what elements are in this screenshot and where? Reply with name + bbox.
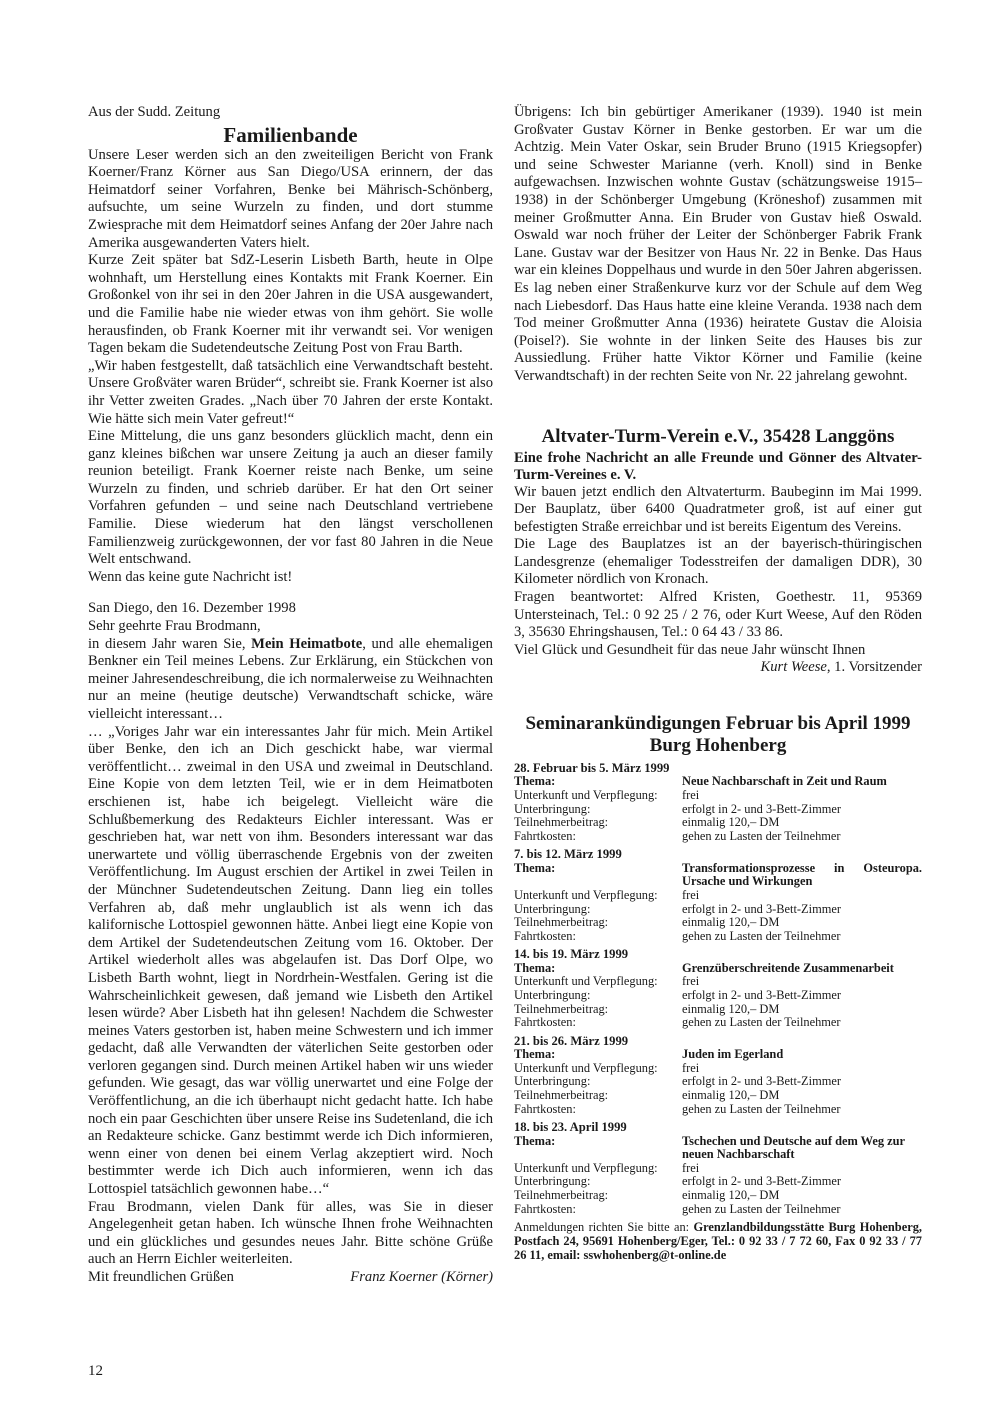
text-run: in diesem Jahr waren Sie,: [88, 636, 251, 652]
label-fahrt: Fahrtkosten:: [514, 1103, 682, 1117]
label-fahrt: Fahrtkosten:: [514, 830, 682, 844]
value-unterbringung: erfolgt in 2- und 3-Bett-Zimmer: [682, 803, 922, 817]
left-column: Aus der Sudd. Zeitung Familienbande Unse…: [88, 104, 493, 1287]
label-thema: Thema:: [514, 1135, 682, 1162]
seminar-topic: Tschechen und Deutsche auf dem Weg zur n…: [682, 1135, 922, 1162]
seminar-registration: Anmeldungen richten Sie bitte an: Grenzl…: [514, 1220, 922, 1262]
signer-name: Kurt Weese: [761, 659, 827, 675]
value-unterbringung: erfolgt in 2- und 3-Bett-Zimmer: [682, 1175, 922, 1189]
seminar-entry: 7. bis 12. März 1999 Thema:Transformatio…: [514, 847, 922, 943]
value-beitrag: einmalig 120,– DM: [682, 816, 922, 830]
value-fahrt: gehen zu Lasten der Teilnehmer: [682, 930, 922, 944]
value-beitrag: einmalig 120,– DM: [682, 916, 922, 930]
letter-paragraph: in diesem Jahr waren Sie, Mein Heimatbot…: [88, 636, 493, 724]
altvater-signature: Kurt Weese, 1. Vorsitzender: [514, 659, 922, 677]
right-column: Übrigens: Ich bin gebürtiger Amerikaner …: [514, 104, 922, 1274]
label-thema: Thema:: [514, 862, 682, 889]
label-unterkunft: Unterkunft und Verpflegung:: [514, 1162, 682, 1176]
value-fahrt: gehen zu Lasten der Teilnehmer: [682, 830, 922, 844]
label-beitrag: Teilnehmerbeitrag:: [514, 1003, 682, 1017]
value-beitrag: einmalig 120,– DM: [682, 1089, 922, 1103]
signer-role: , 1. Vorsitzender: [827, 659, 922, 675]
value-unterkunft: frei: [682, 1162, 922, 1176]
letter-author: Franz Koerner (Körner): [350, 1269, 493, 1287]
label-thema: Thema:: [514, 775, 682, 789]
label-unterbringung: Unterbringung:: [514, 1175, 682, 1189]
page-number: 12: [88, 1363, 103, 1380]
seminar-topic: Juden im Egerland: [682, 1048, 922, 1062]
altvater-title: Altvater-Turm-Verein e.V., 35428 Langgön…: [514, 426, 922, 448]
seminar-date: 7. bis 12. März 1999: [514, 847, 922, 861]
seminar-entry: 21. bis 26. März 1999 Thema:Juden im Ege…: [514, 1034, 922, 1116]
label-thema: Thema:: [514, 1048, 682, 1062]
seminar-entry: 28. Februar bis 5. März 1999 Thema:Neue …: [514, 761, 922, 843]
seminar-entry: 18. bis 23. April 1999 Thema:Tschechen u…: [514, 1120, 922, 1216]
label-unterkunft: Unterkunft und Verpflegung:: [514, 889, 682, 903]
label-beitrag: Teilnehmerbeitrag:: [514, 1089, 682, 1103]
seminar-date: 28. Februar bis 5. März 1999: [514, 761, 922, 775]
value-unterbringung: erfolgt in 2- und 3-Bett-Zimmer: [682, 1075, 922, 1089]
letter-signature: Mit freundlichen Grüßen Franz Koerner (K…: [88, 1269, 493, 1287]
letter-place-date: San Diego, den 16. Dezember 1998: [88, 600, 493, 618]
publication-name: Mein Heimatbote: [251, 636, 362, 652]
letter-salutation: Sehr geehrte Frau Brodmann,: [88, 618, 493, 636]
label-fahrt: Fahrtkosten:: [514, 1016, 682, 1030]
value-beitrag: einmalig 120,– DM: [682, 1189, 922, 1203]
altvater-paragraph: Viel Glück und Gesundheit für das neue J…: [514, 642, 922, 660]
article-paragraph: Kurze Zeit später bat SdZ-Leserin Lisbet…: [88, 252, 493, 358]
article-paragraph: Wenn das keine gute Nachricht ist!: [88, 569, 493, 587]
label-beitrag: Teilnehmerbeitrag:: [514, 916, 682, 930]
label-unterkunft: Unterkunft und Verpflegung:: [514, 1062, 682, 1076]
seminar-date: 14. bis 19. März 1999: [514, 947, 922, 961]
value-unterkunft: frei: [682, 789, 922, 803]
value-beitrag: einmalig 120,– DM: [682, 1003, 922, 1017]
label-fahrt: Fahrtkosten:: [514, 1203, 682, 1217]
altvater-paragraph: Die Lage des Bauplatzes ist an der bayer…: [514, 536, 922, 589]
value-fahrt: gehen zu Lasten der Teilnehmer: [682, 1103, 922, 1117]
seminar-entry: 14. bis 19. März 1999 Thema:Grenzübersch…: [514, 947, 922, 1029]
letter-paragraph: Frau Brodmann, vielen Dank für alles, wa…: [88, 1199, 493, 1269]
value-fahrt: gehen zu Lasten der Teilnehmer: [682, 1203, 922, 1217]
seminar-date: 18. bis 23. April 1999: [514, 1120, 922, 1134]
label-unterbringung: Unterbringung:: [514, 903, 682, 917]
letter-continued: Übrigens: Ich bin gebürtiger Amerikaner …: [514, 104, 922, 386]
article-paragraph: Eine Mittelung, die uns ganz besonders g…: [88, 428, 493, 569]
registration-intro: Anmeldungen richten Sie bitte an:: [514, 1220, 694, 1234]
label-unterbringung: Unterbringung:: [514, 1075, 682, 1089]
article-paragraph: Unsere Leser werden sich an den zweiteil…: [88, 147, 493, 253]
altvater-subtitle: Eine frohe Nachricht an alle Freunde und…: [514, 450, 922, 484]
label-beitrag: Teilnehmerbeitrag:: [514, 1189, 682, 1203]
label-fahrt: Fahrtkosten:: [514, 930, 682, 944]
article-title: Familienbande: [88, 124, 493, 146]
article-paragraph: „Wir haben festgestellt, daß tatsächlich…: [88, 358, 493, 428]
letter-paragraph: … „Voriges Jahr war ein interessantes Ja…: [88, 724, 493, 1199]
label-unterkunft: Unterkunft und Verpflegung:: [514, 975, 682, 989]
seminar-topic: Grenzüberschreitende Zusammenarbeit: [682, 962, 922, 976]
value-unterkunft: frei: [682, 889, 922, 903]
letter-closing: Mit freundlichen Grüßen: [88, 1269, 234, 1287]
value-unterkunft: frei: [682, 1062, 922, 1076]
label-thema: Thema:: [514, 962, 682, 976]
value-unterbringung: erfolgt in 2- und 3-Bett-Zimmer: [682, 989, 922, 1003]
altvater-paragraph: Fragen beantwortet: Alfred Kristen, Goet…: [514, 589, 922, 642]
seminar-topic: Neue Nachbarschaft in Zeit und Raum: [682, 775, 922, 789]
label-unterbringung: Unterbringung:: [514, 803, 682, 817]
altvater-paragraph: Wir bauen jetzt endlich den Altvaterturm…: [514, 484, 922, 537]
seminar-date: 21. bis 26. März 1999: [514, 1034, 922, 1048]
seminar-topic: Transformationsprozesse in Osteuropa. Ur…: [682, 862, 922, 889]
value-unterkunft: frei: [682, 975, 922, 989]
source-line: Aus der Sudd. Zeitung: [88, 104, 493, 122]
value-unterbringung: erfolgt in 2- und 3-Bett-Zimmer: [682, 903, 922, 917]
seminar-title: Seminarankündigungen Februar bis April 1…: [514, 713, 922, 757]
label-unterbringung: Unterbringung:: [514, 989, 682, 1003]
label-beitrag: Teilnehmerbeitrag:: [514, 816, 682, 830]
label-unterkunft: Unterkunft und Verpflegung:: [514, 789, 682, 803]
value-fahrt: gehen zu Lasten der Teilnehmer: [682, 1016, 922, 1030]
